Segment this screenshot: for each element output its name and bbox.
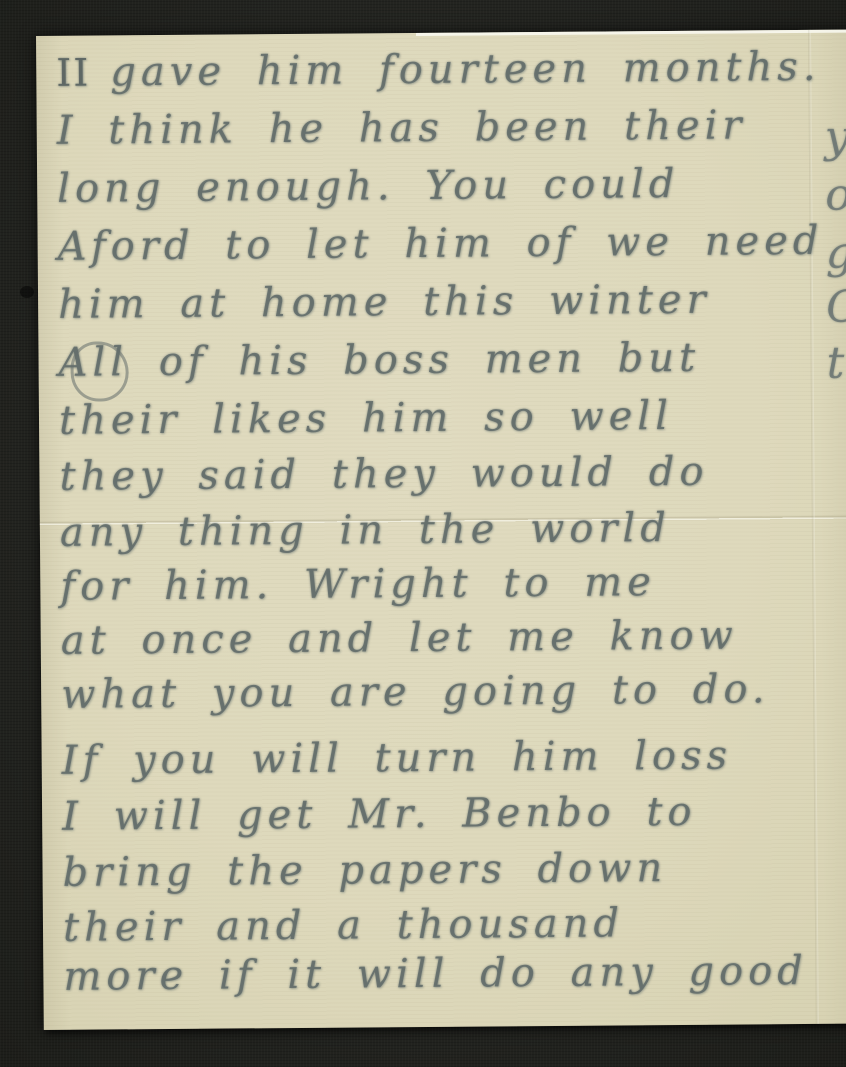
adjacent-page-fragment: y — [825, 112, 846, 163]
handwriting-line: All of his boss men but — [58, 333, 700, 388]
backing-blemish — [20, 286, 34, 298]
handwriting-line: I think he has been their — [57, 100, 747, 155]
letter-page: IIgave him fourteen months. I think he h… — [36, 30, 846, 1030]
handwriting-line: they said they would do — [59, 447, 708, 502]
adjacent-page-fragment: t — [826, 338, 846, 389]
handwriting-line: him at home this winter — [58, 275, 711, 330]
handwriting-line: bring the papers down — [62, 843, 667, 898]
paper-edge-highlight — [416, 30, 846, 36]
handwriting-line: what you are going to do. — [61, 664, 770, 720]
adjacent-page-fragment: C — [826, 282, 846, 333]
handwriting-line: their likes him so well — [59, 391, 673, 446]
scan-backing: IIgave him fourteen months. I think he h… — [0, 0, 846, 1067]
handwriting-line: I will get Mr. Benbo to — [62, 787, 697, 842]
handwriting-line: If you will turn him loss — [61, 731, 732, 786]
handwriting-line: for him. Wright to me — [60, 557, 656, 612]
handwriting-line: Aford to let him of we need — [57, 216, 823, 272]
adjacent-page-fragment: g — [826, 228, 846, 279]
handwriting-text: gave him fourteen months. — [110, 44, 820, 96]
page-number-marker: II — [56, 51, 90, 95]
handwriting-line: long enough. You could — [57, 159, 680, 214]
circled-letter-decoration — [70, 341, 128, 401]
handwriting-line: any thing in the world — [60, 503, 671, 558]
handwriting-line: more if it will do any good — [63, 946, 808, 1002]
handwriting-line: their and a thousand — [63, 898, 624, 952]
handwriting-line: at once and let me know — [61, 611, 738, 666]
fold-crease-vertical — [808, 30, 819, 1024]
handwriting-line: IIgave him fourteen months. — [56, 42, 821, 98]
adjacent-page-fragment: o — [825, 170, 846, 221]
